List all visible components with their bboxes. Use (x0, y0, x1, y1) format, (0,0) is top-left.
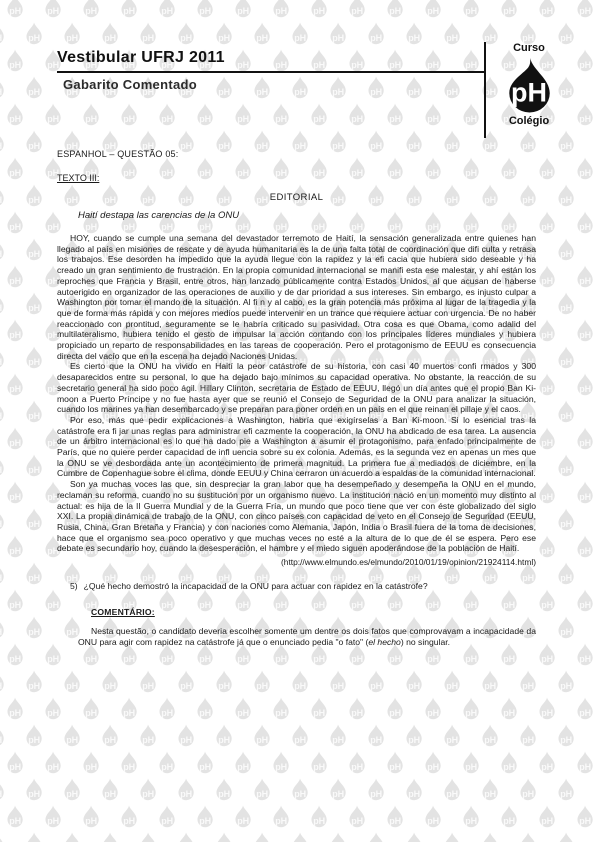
editorial-heading: EDITORIAL (57, 192, 536, 203)
page-title: Vestibular UFRJ 2011 (57, 49, 225, 67)
comentario-text: Nesta questão, o candidato deveria escol… (78, 626, 536, 647)
article-paragraph: Por eso, más que pedir explicaciones a W… (57, 415, 536, 479)
comentario-label: COMENTÁRIO: (78, 607, 536, 618)
document-page: pH Vestibular UFRJ 2011 Gabarito Comenta… (0, 0, 595, 842)
header-vertical-divider (484, 42, 486, 138)
source-url: (http://www.elmundo.es/elmundo/2010/01/1… (57, 557, 536, 568)
comentario-text-before: Nesta questão, o candidato deveria escol… (78, 626, 536, 647)
question-number: 5) (70, 581, 78, 591)
comentario-text-italic: el hecho (368, 637, 401, 647)
comentario-text-after: ) no singular. (401, 637, 450, 647)
page-content: Vestibular UFRJ 2011 Gabarito Comentado … (0, 0, 595, 842)
logo-top-label: Curso (490, 42, 568, 54)
question-line: 5)¿Qué hecho demostró la incapacidad de … (57, 581, 536, 592)
logo-bottom-label: Colégio (490, 115, 568, 127)
svg-text:pH: pH (511, 78, 547, 108)
article-paragraph: Es cierto que la ONU ha vivido en Haití … (57, 361, 536, 415)
article-paragraph: HOY, cuando se cumple una semana del dev… (57, 233, 536, 361)
header-divider (57, 71, 484, 73)
article-paragraph: Son ya muchas voces las que, sin desprec… (57, 479, 536, 554)
question-text: ¿Qué hecho demostró la incapacidad de la… (84, 581, 428, 591)
section-label: ESPANHOL – QUESTÃO 05: (57, 149, 178, 159)
article-body: HOY, cuando se cumple una semana del dev… (57, 233, 536, 648)
ph-logo-block: Curso pH Colégio (490, 42, 568, 127)
ph-drop-logo-icon: pH (504, 57, 554, 113)
texto-iii-label: TEXTO III: (57, 173, 99, 183)
page-subtitle: Gabarito Comentado (63, 77, 197, 92)
article-title: Haití destapa las carencias de la ONU (78, 210, 239, 221)
